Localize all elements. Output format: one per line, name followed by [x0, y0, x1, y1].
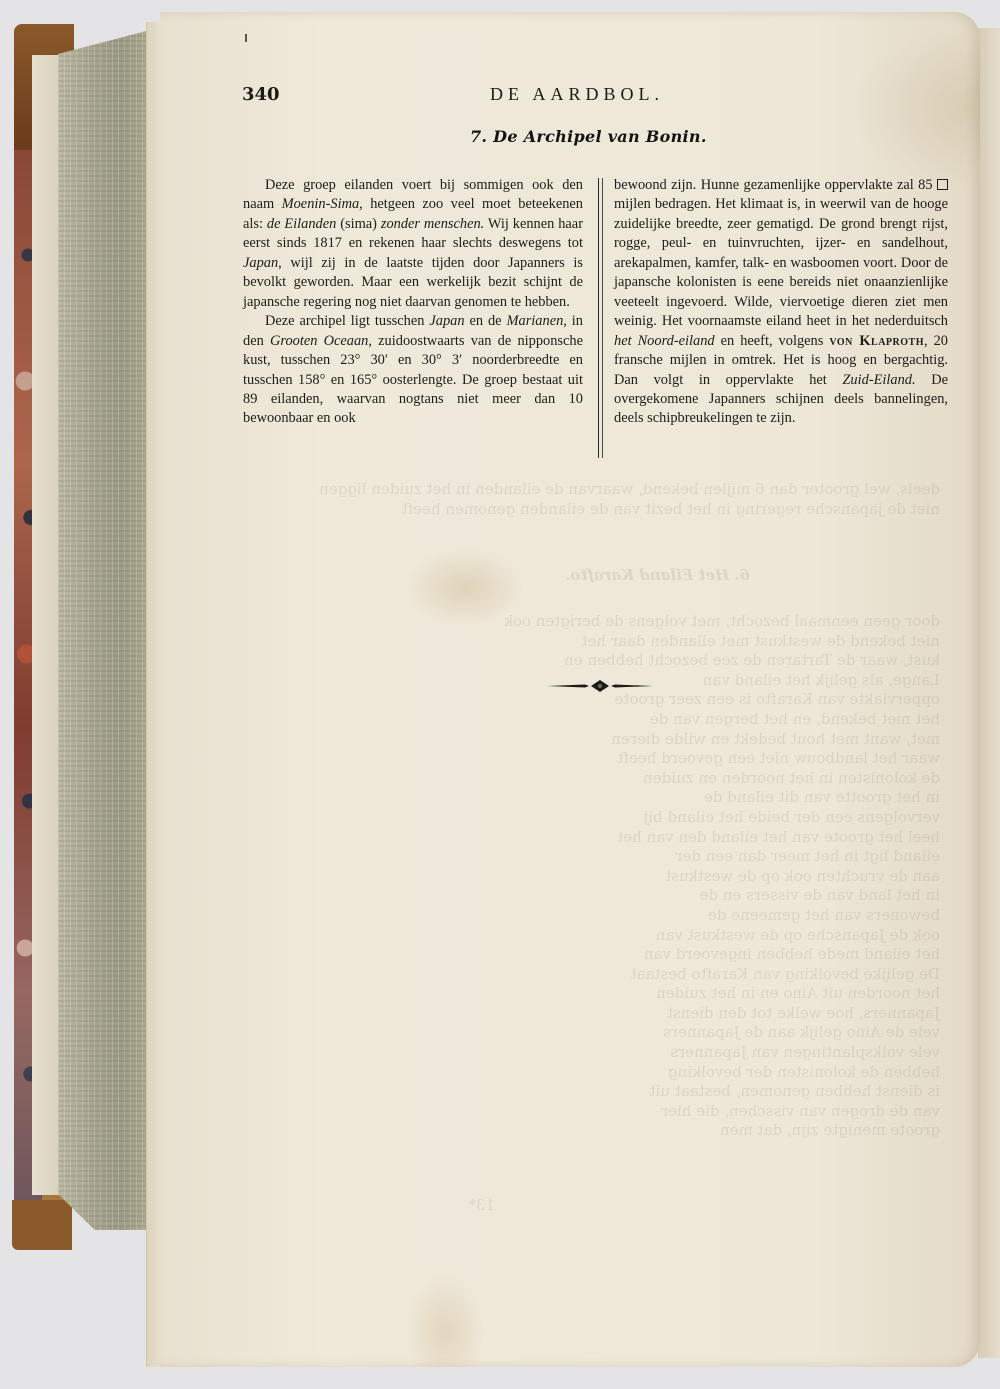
italic-text: Grooten Oceaan [270, 333, 368, 349]
body-text: (sima) [336, 216, 381, 232]
bleed-through-text: deels, wel grooter dan 6 mijlen bekend, … [240, 480, 940, 540]
running-title: DE AARDBOL. [490, 84, 664, 105]
italic-text: Marianen [507, 313, 564, 329]
italic-text: Moenin-Sima [282, 196, 360, 212]
bleed-through-page-mark: 13* [455, 1196, 495, 1218]
italic-text: zonder menschen. [381, 216, 484, 232]
bleed-through-text: door geen eenmaal bezocht, met volgens d… [240, 612, 940, 1172]
right-text-column: bewoond zijn. Hunne gezamenlijke oppervl… [614, 176, 948, 429]
italic-text: het Noord-eiland [614, 333, 715, 349]
page-number: 340 [242, 84, 280, 105]
italic-text: Japan [243, 255, 278, 271]
bleed-through-heading: 6. Het Eiland Karafto. [490, 566, 750, 588]
body-text: en heeft, volgens [715, 333, 830, 349]
page-block-fore-edge [58, 30, 150, 1230]
section-end-ornament-icon [545, 678, 655, 694]
body-text: bewoond zijn. Hunne gezamenlijke oppervl… [614, 177, 937, 193]
book-cover-corner [12, 1200, 72, 1250]
italic-text: Zuid-Eiland. [842, 372, 915, 388]
body-text: mijlen bedragen. Het klimaat is, in weer… [614, 196, 948, 329]
italic-text: Japan [429, 313, 464, 329]
endpaper [32, 55, 62, 1195]
facing-page-edge [978, 28, 1000, 1358]
body-text: Deze archipel ligt tusschen [265, 313, 429, 329]
body-text: en de [465, 313, 507, 329]
print-mark [245, 34, 247, 42]
smallcaps-name: von Klaproth [829, 333, 924, 349]
square-mile-symbol-icon [937, 179, 948, 190]
paragraph: Deze groep eilanden voert bij sommigen o… [243, 176, 583, 312]
column-divider-rule [598, 178, 603, 458]
running-head: 340 DE AARDBOL. [242, 84, 952, 110]
left-text-column: Deze groep eilanden voert bij sommigen o… [243, 176, 583, 429]
section-heading: 7. De Archipel van Bonin. [470, 127, 707, 146]
italic-text: de Eilanden [267, 216, 336, 232]
paragraph: Deze archipel ligt tusschen Japan en de … [243, 312, 583, 429]
paragraph: bewoond zijn. Hunne gezamenlijke oppervl… [614, 176, 948, 429]
body-text: , wijl zij in de laatste tijden door Jap… [243, 255, 583, 310]
